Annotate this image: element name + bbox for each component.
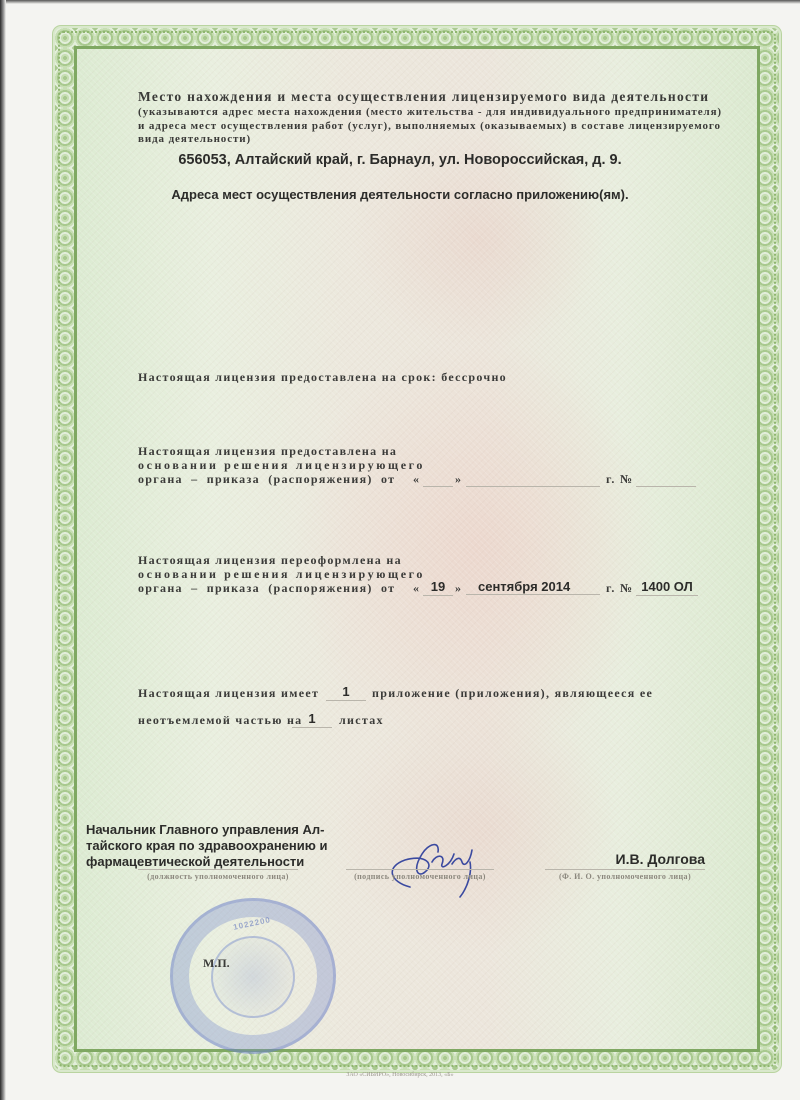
appendix-line2-prefix: неотъемлемой частью на: [138, 713, 302, 728]
official-seal-stamp: 1022200: [170, 898, 336, 1054]
location-subtext-line-1: (указываются адрес места нахождения (мес…: [138, 106, 722, 120]
reissued-day-field: 19: [423, 579, 453, 596]
reissued-line-2: основании решения лицензирующего: [138, 567, 425, 581]
reissued-month-year-field: сентября 2014: [466, 579, 600, 595]
granted-line-3: органа – приказа (распоряжения) от: [138, 472, 425, 486]
term-line: Настоящая лицензия предоставлена на срок…: [138, 370, 507, 385]
signatory-name: И.В. Долгова: [545, 851, 705, 867]
reissued-number-field: 1400 ОЛ: [636, 579, 698, 596]
position-underline: [138, 869, 298, 870]
address-text: 656053, Алтайский край, г. Барнаул, ул. …: [0, 152, 800, 168]
appendix-sheets-field: 1: [292, 711, 332, 728]
seal-place-label: М.П.: [203, 956, 230, 971]
granted-number-label: г. №: [606, 472, 633, 487]
reissued-number-label: г. №: [606, 581, 633, 596]
name-caption: (Ф. И. О. уполномоченного лица): [545, 872, 705, 881]
signatory-position-line-1: Начальник Главного управления Ал-: [86, 822, 327, 838]
reissued-open-quote: «: [413, 581, 420, 596]
term-label: Настоящая лицензия предоставлена на срок…: [138, 370, 437, 384]
reissued-line-1: Настоящая лицензия переоформлена на: [138, 553, 425, 567]
location-subtext-line-2: и адреса мест осуществления работ (услуг…: [138, 120, 721, 134]
location-subtext-line-3: вида деятельности): [138, 133, 251, 147]
reissued-close-quote: »: [455, 581, 462, 596]
appendix-line1-prefix: Настоящая лицензия имеет: [138, 686, 319, 701]
term-value: бессрочно: [441, 370, 507, 384]
signature-caption: (подпись уполномоченного лица): [346, 872, 494, 881]
appendix-count-field: 1: [326, 684, 366, 701]
granted-block: Настоящая лицензия предоставлена на осно…: [138, 444, 425, 486]
granted-line-2: основании решения лицензирующего: [138, 458, 425, 472]
position-caption: (должность уполномоченного лица): [138, 872, 298, 881]
reissued-block: Настоящая лицензия переоформлена на осно…: [138, 553, 425, 595]
location-heading: Место нахождения и места осуществления л…: [138, 89, 709, 105]
appendix-line1-suffix: приложение (приложения), являющееся ее: [372, 686, 653, 701]
signatory-position-line-2: тайского края по здравоохранению и: [86, 838, 327, 854]
printer-footer: ЗАО «СИБИРО», Новосибирск, 2013, «Б»: [0, 1072, 800, 1078]
granted-line-1: Настоящая лицензия предоставлена на: [138, 444, 425, 458]
document-content: Место нахождения и места осуществления л…: [0, 0, 800, 1100]
signature-underline: [346, 869, 494, 870]
granted-open-quote: «: [413, 472, 420, 487]
name-underline: [545, 869, 705, 870]
signatory-position-line-3: фармацевтической деятельности: [86, 854, 327, 870]
granted-month-year-field: [466, 470, 600, 487]
seal-emblem: [211, 936, 295, 1018]
seal-number: 1022200: [232, 915, 271, 932]
address-note: Адреса мест осуществления деятельности с…: [0, 187, 800, 202]
reissued-line-3: органа – приказа (распоряжения) от: [138, 581, 425, 595]
granted-number-field: [636, 470, 696, 487]
handwritten-signature-icon: [380, 832, 500, 902]
granted-close-quote: »: [455, 472, 462, 487]
signatory-position: Начальник Главного управления Ал- тайско…: [86, 822, 327, 870]
granted-day-field: [423, 470, 453, 487]
appendix-line2-suffix: листах: [339, 713, 384, 728]
